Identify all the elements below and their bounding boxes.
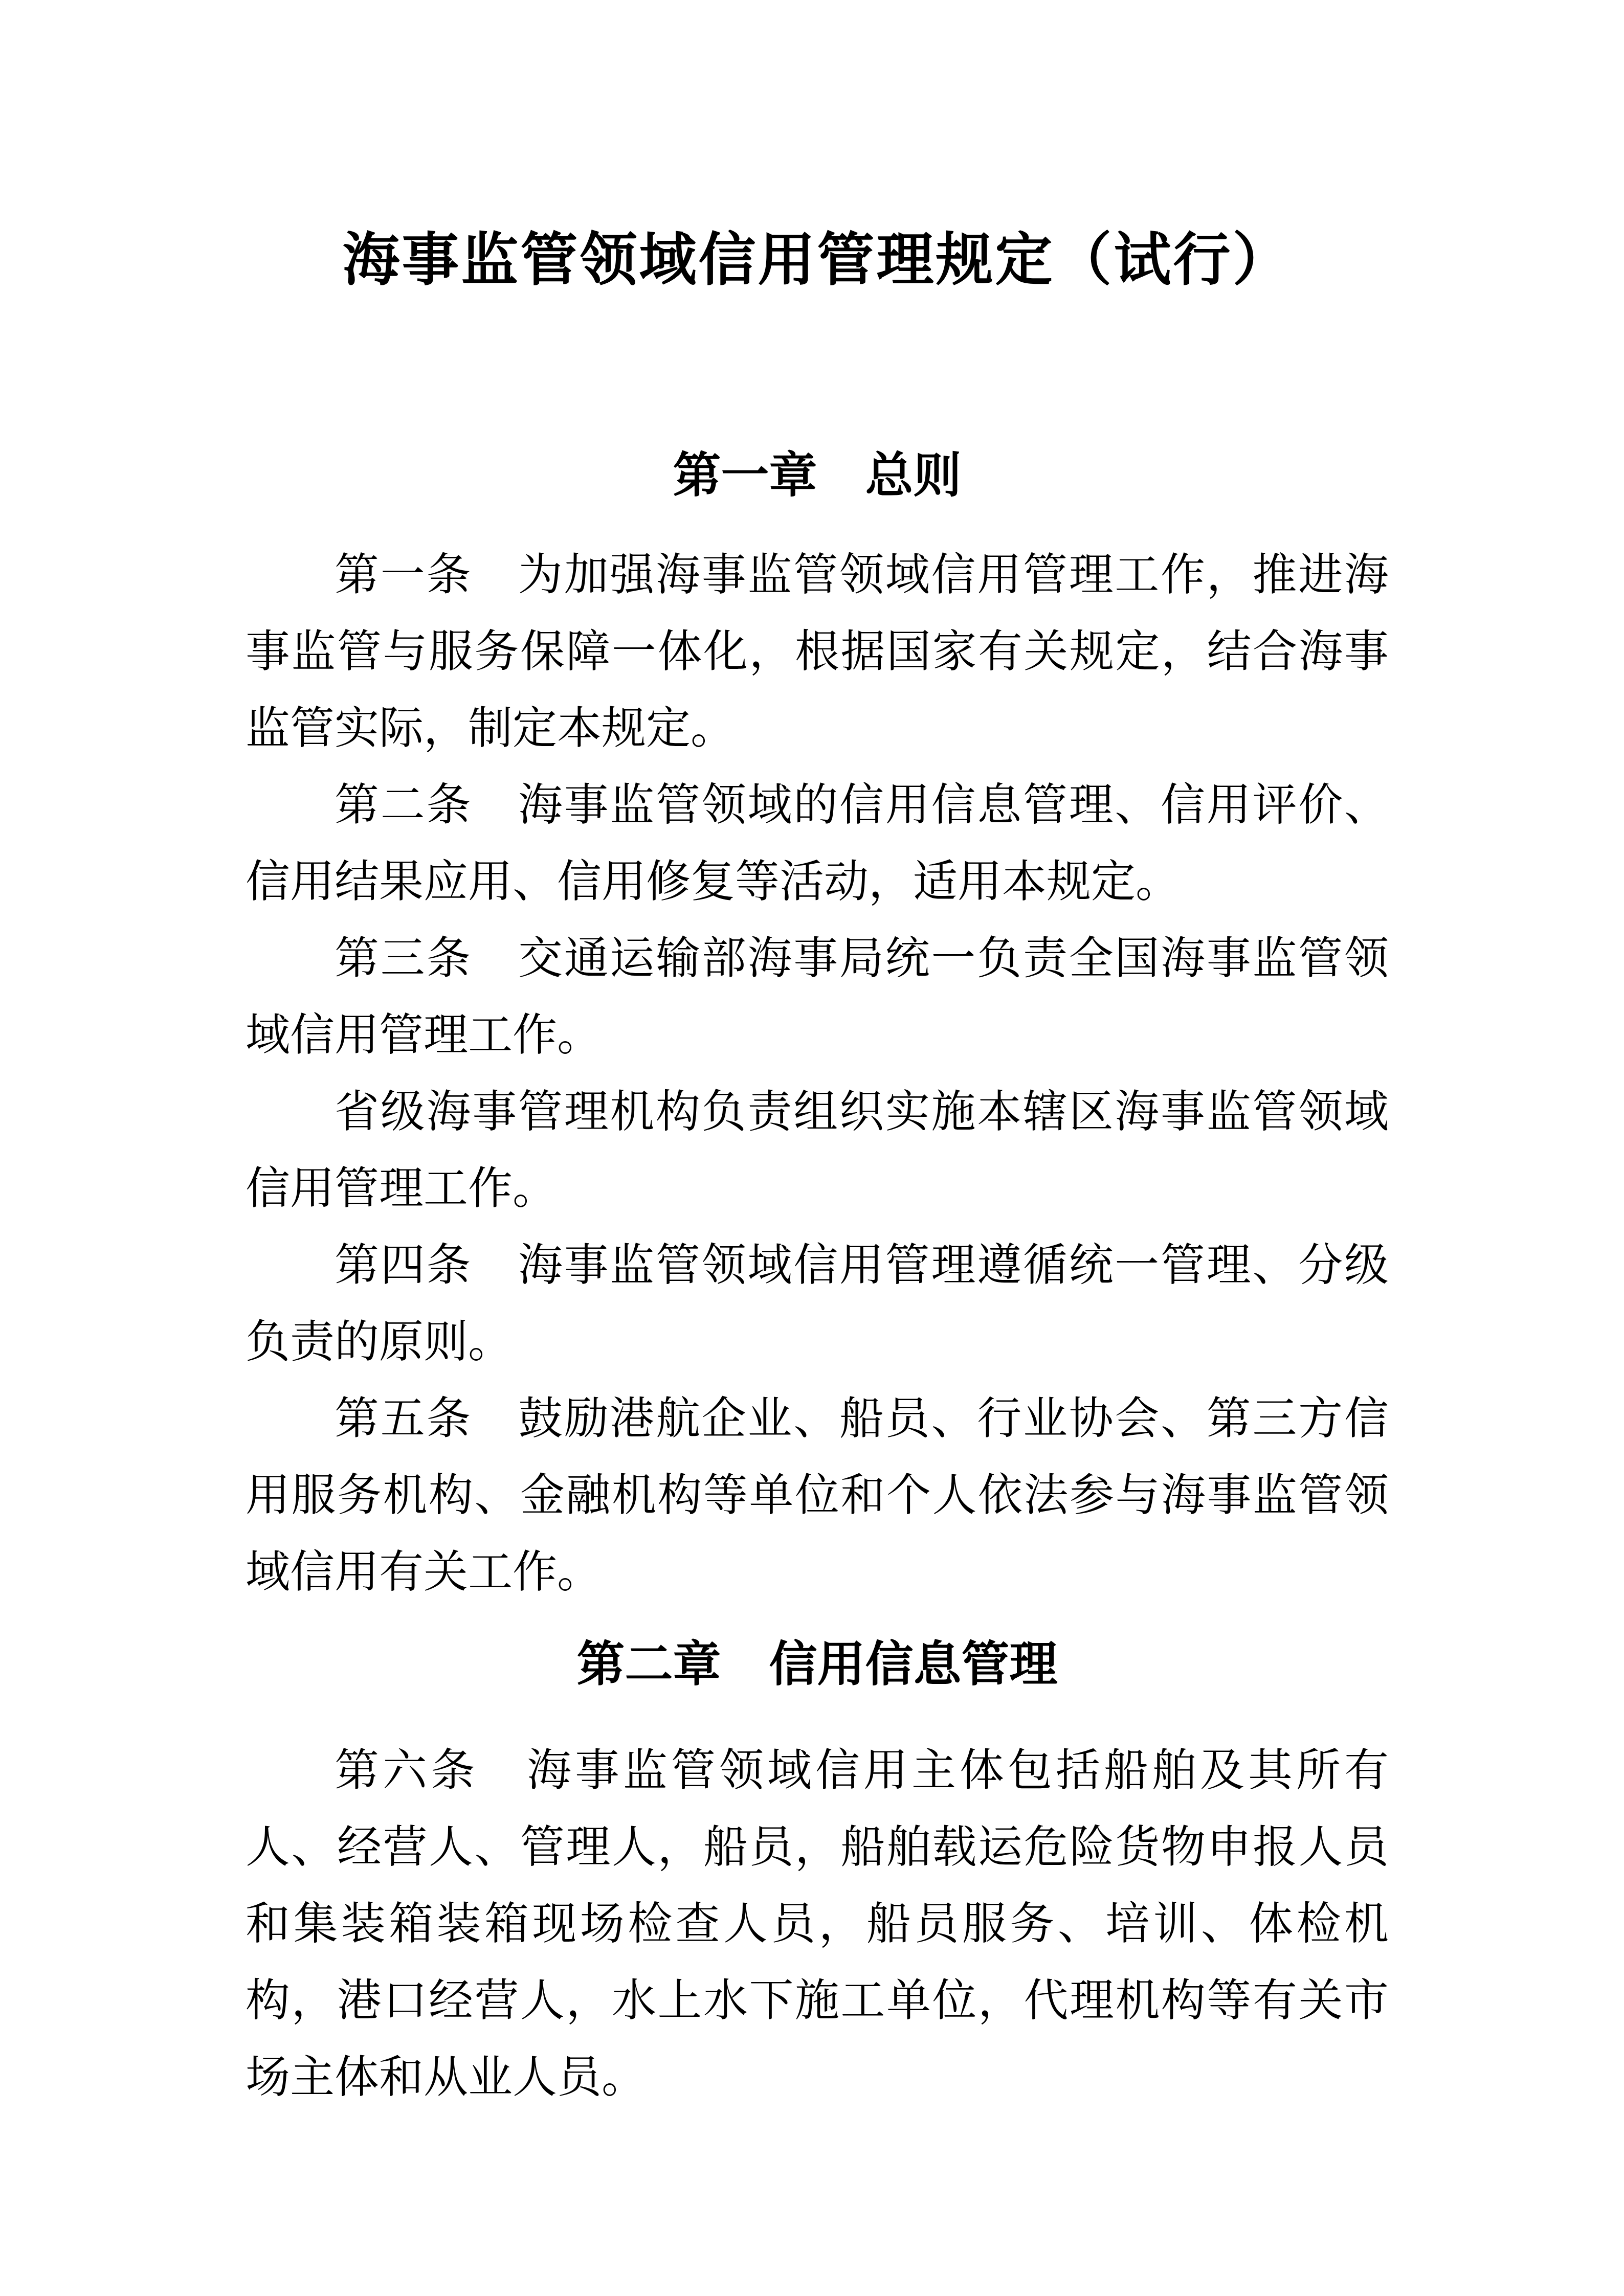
document-title: 海事监管领域信用管理规定（试行） [246, 225, 1389, 297]
article-1-paragraph: 第一条 为加强海事监管领域信用管理工作，推进海事监管与服务保障一体化，根据国家有… [246, 537, 1389, 767]
article-3-paragraph: 第三条 交通运输部海事局统一负责全国海事监管领域信用管理工作。 [246, 920, 1389, 1074]
article-4-paragraph: 第四条 海事监管领域信用管理遵循统一管理、分级负责的原则。 [246, 1227, 1389, 1381]
chapter-1-heading: 第一章 总则 [246, 445, 1389, 506]
chapter-2-heading: 第二章 信用信息管理 [246, 1634, 1389, 1695]
article-2-paragraph: 第二条 海事监管领域的信用信息管理、信用评价、信用结果应用、信用修复等活动，适用… [246, 767, 1389, 920]
document-page: 海事监管领域信用管理规定（试行） 第一章 总则 第一条 为加强海事监管领域信用管… [0, 0, 1624, 2296]
article-6-paragraph: 第六条 海事监管领域信用主体包括船舶及其所有人、经营人、管理人，船员，船舶载运危… [246, 1732, 1389, 2116]
article-5-paragraph: 第五条 鼓励港航企业、船员、行业协会、第三方信用服务机构、金融机构等单位和个人依… [246, 1381, 1389, 1611]
article-3-paragraph-2: 省级海事管理机构负责组织实施本辖区海事监管领域信用管理工作。 [246, 1074, 1389, 1227]
